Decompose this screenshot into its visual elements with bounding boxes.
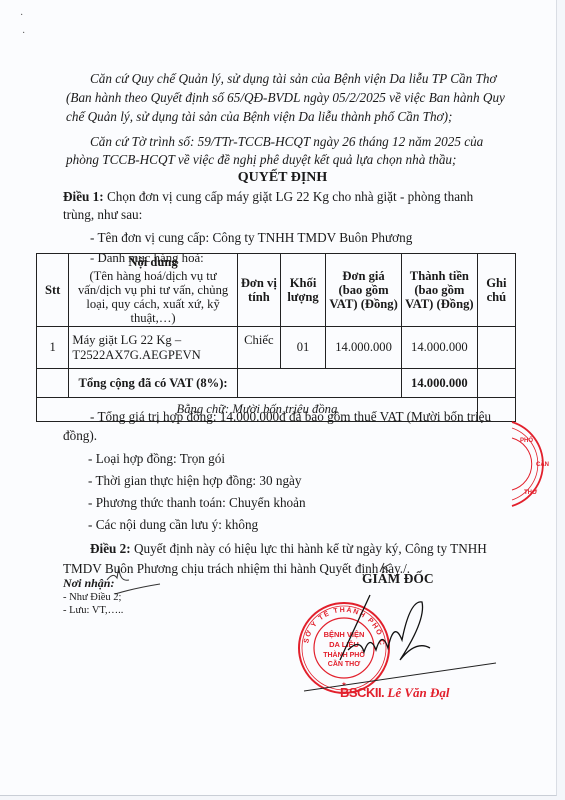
table-header-row: Stt Nội dung (Tên hàng hoá/dịch vụ tư vấ… (37, 254, 516, 327)
preamble-line: (Ban hành theo Quyết định số 65/QĐ-BVDL … (66, 88, 505, 107)
col-content: Nội dung (Tên hàng hoá/dịch vụ tư vấn/dị… (69, 254, 237, 327)
cell-unit-price: 14.000.000 (326, 327, 402, 369)
article-1-line: Điều 1: Chọn đơn vị cung cấp máy giặt LG… (63, 187, 473, 206)
article-2-label: Điều 2: (90, 541, 131, 556)
cell-empty (477, 369, 515, 398)
preamble-line: phòng TCCB-HCQT về việc đề nghị phê duyệ… (66, 150, 456, 169)
col-unit-price: Đơn giá (bao gồm VAT) (Đồng) (326, 254, 402, 327)
contract-payment: - Phương thức thanh toán: Chuyển khoản (88, 493, 306, 512)
svg-text:PHỐ: PHỐ (520, 437, 533, 444)
cell-empty (237, 369, 401, 398)
signer-title: GIÁM ĐỐC (362, 571, 434, 587)
recipient-item: - Lưu: VT,….. (63, 605, 123, 616)
contract-value-line: - Tổng giá trị hợp đồng: 14.000.000đ đã … (90, 407, 491, 426)
signer-prefix: BSCKII. (340, 685, 384, 700)
page-seal-icon: PHỐ CẦN THƠ (506, 418, 556, 510)
table-total-row: Tổng cộng đã có VAT (8%): 14.000.000 (37, 369, 516, 398)
document-page: · · Căn cứ Quy chế Quản lý, sử dụng tài … (0, 0, 557, 796)
cell-stt: 1 (37, 327, 69, 369)
total-value: 14.000.000 (401, 369, 477, 398)
article-1-text: Chọn đơn vị cung cấp máy giặt LG 22 Kg c… (104, 189, 474, 204)
document-title: QUYẾT ĐỊNH (0, 170, 565, 186)
col-unit: Đơn vị tính (237, 254, 280, 327)
article-2-text: Quyết định này có hiệu lực thi hành kể t… (131, 541, 487, 556)
signer-name: BSCKII. Lê Văn Đạl (340, 685, 450, 701)
cell-content: Máy giặt LG 22 Kg – T2522AX7G.AEGPEVN (69, 327, 237, 369)
col-content-title: Nội dung (72, 255, 233, 269)
preamble-line: Căn cứ Tờ trình số: 59/TTr-TCCB-HCQT ngà… (90, 132, 483, 151)
contract-type: - Loại hợp đồng: Trọn gói (88, 449, 225, 468)
preamble-line: Căn cứ Quy chế Quản lý, sử dụng tài sản … (90, 69, 497, 88)
scan-speck: · (20, 10, 23, 21)
supplier-line: - Tên đơn vị cung cấp: Công ty TNHH TMDV… (90, 228, 412, 247)
contract-duration: - Thời gian thực hiện hợp đồng: 30 ngày (88, 471, 302, 490)
col-quantity: Khối lượng (280, 254, 325, 327)
total-label: Tổng cộng đã có VAT (8%): (69, 369, 237, 398)
col-amount: Thành tiền (bao gồm VAT) (Đồng) (401, 254, 477, 327)
goods-table: Stt Nội dung (Tên hàng hoá/dịch vụ tư vấ… (36, 253, 516, 422)
article-1-line-2: trùng, như sau: (63, 205, 142, 224)
recipient-item: - Như Điều 2; (63, 592, 121, 603)
svg-text:THƠ: THƠ (524, 490, 538, 496)
cell-empty (37, 369, 69, 398)
col-stt: Stt (37, 254, 69, 327)
scan-speck: · (22, 28, 25, 39)
col-content-sub: (Tên hàng hoá/dịch vụ tư vấn/dịch vụ phi… (72, 269, 233, 325)
cell-amount: 14.000.000 (401, 327, 477, 369)
cell-quantity: 01 (280, 327, 325, 369)
col-note: Ghi chú (477, 254, 515, 327)
article-1-label: Điều 1: (63, 189, 104, 204)
cell-content-line: T2522AX7G.AEGPEVN (72, 348, 233, 363)
cell-note (477, 327, 515, 369)
article-2-line: Điều 2: Quyết định này có hiệu lực thi h… (90, 539, 487, 558)
cell-content-line: Máy giặt LG 22 Kg – (72, 333, 233, 348)
svg-text:CẦN: CẦN (536, 461, 549, 468)
preamble-line: chế Quản lý, sử dụng tài sản của Bệnh vi… (66, 107, 452, 126)
contract-value-line-2: đồng). (63, 426, 97, 445)
cell-unit: Chiếc (237, 327, 280, 369)
contract-notes: - Các nội dung cần lưu ý: không (88, 515, 258, 534)
table-row: 1 Máy giặt LG 22 Kg – T2522AX7G.AEGPEVN … (37, 327, 516, 369)
signer-full-name: Lê Văn Đạl (387, 685, 449, 700)
